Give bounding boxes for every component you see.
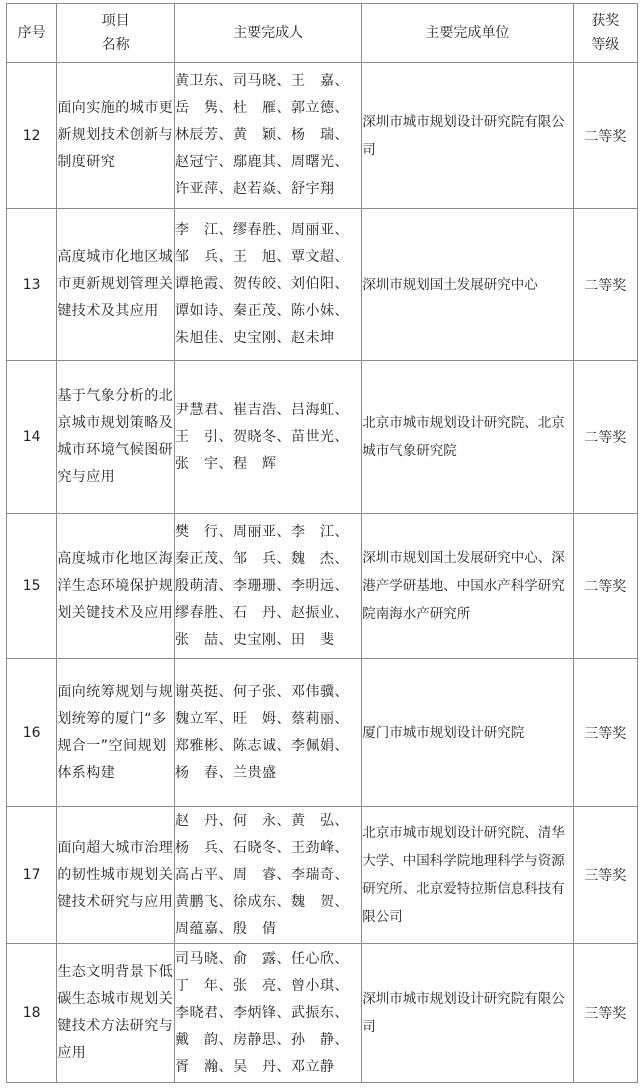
contributor-line: 司马晓、俞 露、任心欣、	[175, 946, 361, 973]
contributor-line: 邹 兵、王 旭、覃文超、	[175, 244, 361, 271]
contributor-line: 岳 隽、杜 雁、郭立德、	[175, 95, 361, 122]
header-award-line2: 等级	[574, 33, 637, 57]
table-row: 15 高度城市化地区海洋生态环境保护规划关键技术及应用 樊 行、周丽亚、李 江、…	[7, 514, 638, 659]
project-name: 面向实施的城市更新规划技术创新与制度研究	[57, 63, 175, 209]
contributor-line: 黄鹏飞、徐成东、魏 贺、	[175, 889, 361, 916]
table-row: 16 面向统筹规划与规划统筹的厦门“多规合一”空间规划体系构建 谢英挺、何子张、…	[7, 659, 638, 807]
row-number: 13	[7, 209, 57, 361]
table-row: 13 高度城市化地区城市更新规划管理关键技术及其应用 李 江、缪春胜、周丽亚、邹…	[7, 209, 638, 361]
header-award-line1: 获奖	[574, 9, 637, 33]
main-contributors: 司马晓、俞 露、任心欣、丁 年、张 亮、曾小琪、李晓君、李炳锋、武振东、戴 韵、…	[175, 944, 362, 1083]
award-level: 三等奖	[573, 944, 637, 1083]
header-people: 主要完成人	[175, 4, 362, 63]
contributor-line: 缪春胜、石 丹、赵振业、	[175, 600, 361, 627]
main-contributors: 谢英挺、何子张、邓伟骥、魏立军、旺 姆、蔡莉丽、郑雅彬、陈志诚、李佩娟、杨 春、…	[175, 659, 362, 807]
row-number: 15	[7, 514, 57, 659]
header-row: 序号 项目 名称 主要完成人 主要完成单位 获奖 等级	[7, 4, 638, 63]
award-level: 二等奖	[573, 514, 637, 659]
header-award: 获奖 等级	[573, 4, 637, 63]
main-contributors: 李 江、缪春胜、周丽亚、邹 兵、王 旭、覃文超、谭艳霞、贺传皎、刘伯阳、谭如诗、…	[175, 209, 362, 361]
contributor-line: 李晓君、李炳锋、武振东、	[175, 1000, 361, 1027]
main-units: 北京市城市规划设计研究院、清华大学、中国科学院地理科学与资源研究所、北京爱特拉斯…	[362, 807, 573, 944]
row-number: 16	[7, 659, 57, 807]
contributor-line: 戴 韵、房静思、孙 静、	[175, 1027, 361, 1054]
project-name: 高度城市化地区城市更新规划管理关键技术及其应用	[57, 209, 175, 361]
contributor-line: 杨 春、兰贵盛	[175, 760, 361, 787]
row-number: 17	[7, 807, 57, 944]
project-name: 高度城市化地区海洋生态环境保护规划关键技术及应用	[57, 514, 175, 659]
contributor-line: 丁 年、张 亮、曾小琪、	[175, 973, 361, 1000]
contributor-line: 谢英挺、何子张、邓伟骥、	[175, 679, 361, 706]
contributor-line: 许亚萍、赵若焱、舒宇翔	[175, 176, 361, 203]
header-name-line2: 名称	[57, 33, 174, 57]
contributor-line: 谭如诗、秦正茂、陈小妹、	[175, 298, 361, 325]
award-table: 序号 项目 名称 主要完成人 主要完成单位 获奖 等级 12 面向实施的城市更新…	[6, 3, 638, 1083]
contributor-line: 黄卫东、司马晓、王 嘉、	[175, 68, 361, 95]
row-number: 18	[7, 944, 57, 1083]
contributor-line: 张 喆、史宝刚、田 斐	[175, 627, 361, 654]
main-units: 深圳市规划国土发展研究中心、深港产学研基地、中国水产科学研究院南海水产研究所	[362, 514, 573, 659]
contributor-line: 樊 行、周丽亚、李 江、	[175, 519, 361, 546]
contributor-line: 殷萌清、李珊珊、李明远、	[175, 573, 361, 600]
contributor-line: 朱旭佳、史宝刚、赵未坤	[175, 325, 361, 352]
main-contributors: 黄卫东、司马晓、王 嘉、岳 隽、杜 雁、郭立德、林辰芳、黄 颖、杨 瑞、赵冠宁、…	[175, 63, 362, 209]
project-name: 生态文明背景下低碳生态城市规划关键技术方法研究与应用	[57, 944, 175, 1083]
contributor-line: 尹慧君、崔吉浩、吕海虹、	[175, 397, 361, 424]
header-name-line1: 项目	[57, 9, 174, 33]
contributor-line: 魏立军、旺 姆、蔡莉丽、	[175, 706, 361, 733]
contributor-line: 李 江、缪春胜、周丽亚、	[175, 217, 361, 244]
contributor-line: 赵 丹、何 永、黄 弘、	[175, 808, 361, 835]
award-level: 二等奖	[573, 63, 637, 209]
table-row: 14 基于气象分析的北京城市规划策略及城市环境气候图研究与应用 尹慧君、崔吉浩、…	[7, 361, 638, 514]
main-contributors: 赵 丹、何 永、黄 弘、杨 兵、石晓冬、王劲峰、高占平、周 睿、李瑞奇、黄鹏飞、…	[175, 807, 362, 944]
main-contributors: 尹慧君、崔吉浩、吕海虹、王 引、贺晓冬、苗世光、张 宇、程 辉	[175, 361, 362, 514]
contributor-line: 周蕴嘉、殷 倩	[175, 916, 361, 943]
contributor-line: 林辰芳、黄 颖、杨 瑞、	[175, 122, 361, 149]
contributor-line: 谭艳霞、贺传皎、刘伯阳、	[175, 271, 361, 298]
main-units: 深圳市城市规划设计研究院有限公司	[362, 944, 573, 1083]
award-level: 三等奖	[573, 659, 637, 807]
project-name: 基于气象分析的北京城市规划策略及城市环境气候图研究与应用	[57, 361, 175, 514]
table-row: 12 面向实施的城市更新规划技术创新与制度研究 黄卫东、司马晓、王 嘉、岳 隽、…	[7, 63, 638, 209]
award-level: 二等奖	[573, 361, 637, 514]
contributor-line: 高占平、周 睿、李瑞奇、	[175, 862, 361, 889]
table-row: 17 面向超大城市治理的韧性城市规划关键技术研究与应用 赵 丹、何 永、黄 弘、…	[7, 807, 638, 944]
main-units: 深圳市城市规划设计研究院有限公司	[362, 63, 573, 209]
contributor-line: 赵冠宁、鄢鹿其、周曙光、	[175, 149, 361, 176]
contributor-line: 王 引、贺晓冬、苗世光、	[175, 424, 361, 451]
row-number: 14	[7, 361, 57, 514]
row-number: 12	[7, 63, 57, 209]
main-contributors: 樊 行、周丽亚、李 江、秦正茂、邹 兵、魏 杰、殷萌清、李珊珊、李明远、缪春胜、…	[175, 514, 362, 659]
contributor-line: 郑雅彬、陈志诚、李佩娟、	[175, 733, 361, 760]
contributor-line: 杨 兵、石晓冬、王劲峰、	[175, 835, 361, 862]
project-name: 面向超大城市治理的韧性城市规划关键技术研究与应用	[57, 807, 175, 944]
main-units: 厦门市城市规划设计研究院	[362, 659, 573, 807]
contributor-line: 胥 瀚、吴 丹、邓立静	[175, 1054, 361, 1081]
project-name: 面向统筹规划与规划统筹的厦门“多规合一”空间规划体系构建	[57, 659, 175, 807]
header-unit: 主要完成单位	[362, 4, 573, 63]
header-no: 序号	[7, 4, 57, 63]
award-level: 二等奖	[573, 209, 637, 361]
contributor-line: 秦正茂、邹 兵、魏 杰、	[175, 546, 361, 573]
main-units: 北京市城市规划设计研究院、北京城市气象研究院	[362, 361, 573, 514]
contributor-line: 张 宇、程 辉	[175, 451, 361, 478]
award-level: 三等奖	[573, 807, 637, 944]
table-row: 18 生态文明背景下低碳生态城市规划关键技术方法研究与应用 司马晓、俞 露、任心…	[7, 944, 638, 1083]
header-name: 项目 名称	[57, 4, 175, 63]
main-units: 深圳市规划国土发展研究中心	[362, 209, 573, 361]
